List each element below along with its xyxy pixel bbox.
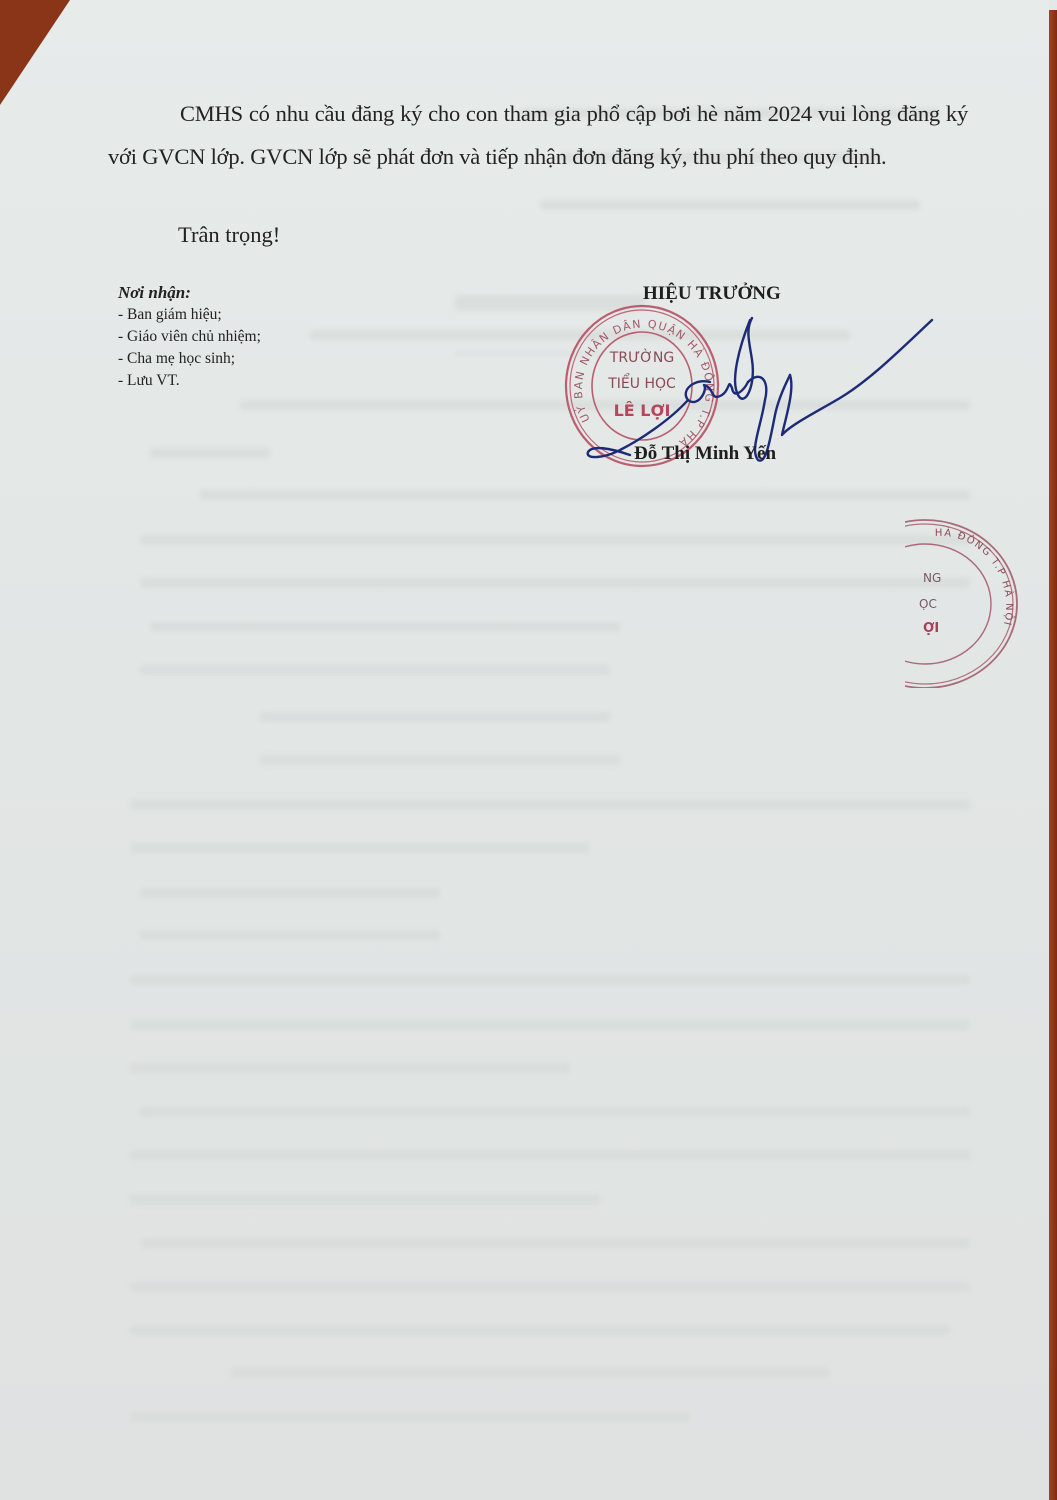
- recipients-title: Nơi nhận:: [118, 282, 261, 304]
- reverse-side-showthrough: [0, 0, 1049, 1500]
- svg-text:HÀ ĐÔNG T.P HÀ NỘI: HÀ ĐÔNG T.P HÀ NỘI: [935, 526, 1016, 628]
- closing-line: Trân trọng!: [178, 222, 280, 248]
- recipient-item: - Giáo viên chủ nhiệm;: [118, 326, 261, 348]
- recipient-item: - Cha mẹ học sinh;: [118, 348, 261, 370]
- svg-text:ỌC: ỌC: [919, 597, 937, 611]
- page-edge-background: [1049, 10, 1057, 1500]
- recipient-item: - Lưu VT.: [118, 370, 261, 392]
- paper-page: CMHS có nhu cầu đăng ký cho con tham gia…: [0, 0, 1049, 1500]
- svg-text:ỢI: ỢI: [923, 621, 939, 636]
- partial-seal-stamp: HÀ ĐÔNG T.P HÀ NỘI NG ỌC ỢI: [905, 516, 1025, 688]
- svg-text:NG: NG: [923, 571, 941, 585]
- registration-paragraph: CMHS có nhu cầu đăng ký cho con tham gia…: [108, 92, 968, 178]
- recipient-item: - Ban giám hiệu;: [118, 304, 261, 326]
- signatory-name: Đỗ Thị Minh Yến: [634, 443, 776, 465]
- recipients-block: Nơi nhận: - Ban giám hiệu; - Giáo viên c…: [118, 282, 261, 392]
- body-text: CMHS có nhu cầu đăng ký cho con tham gia…: [108, 92, 968, 178]
